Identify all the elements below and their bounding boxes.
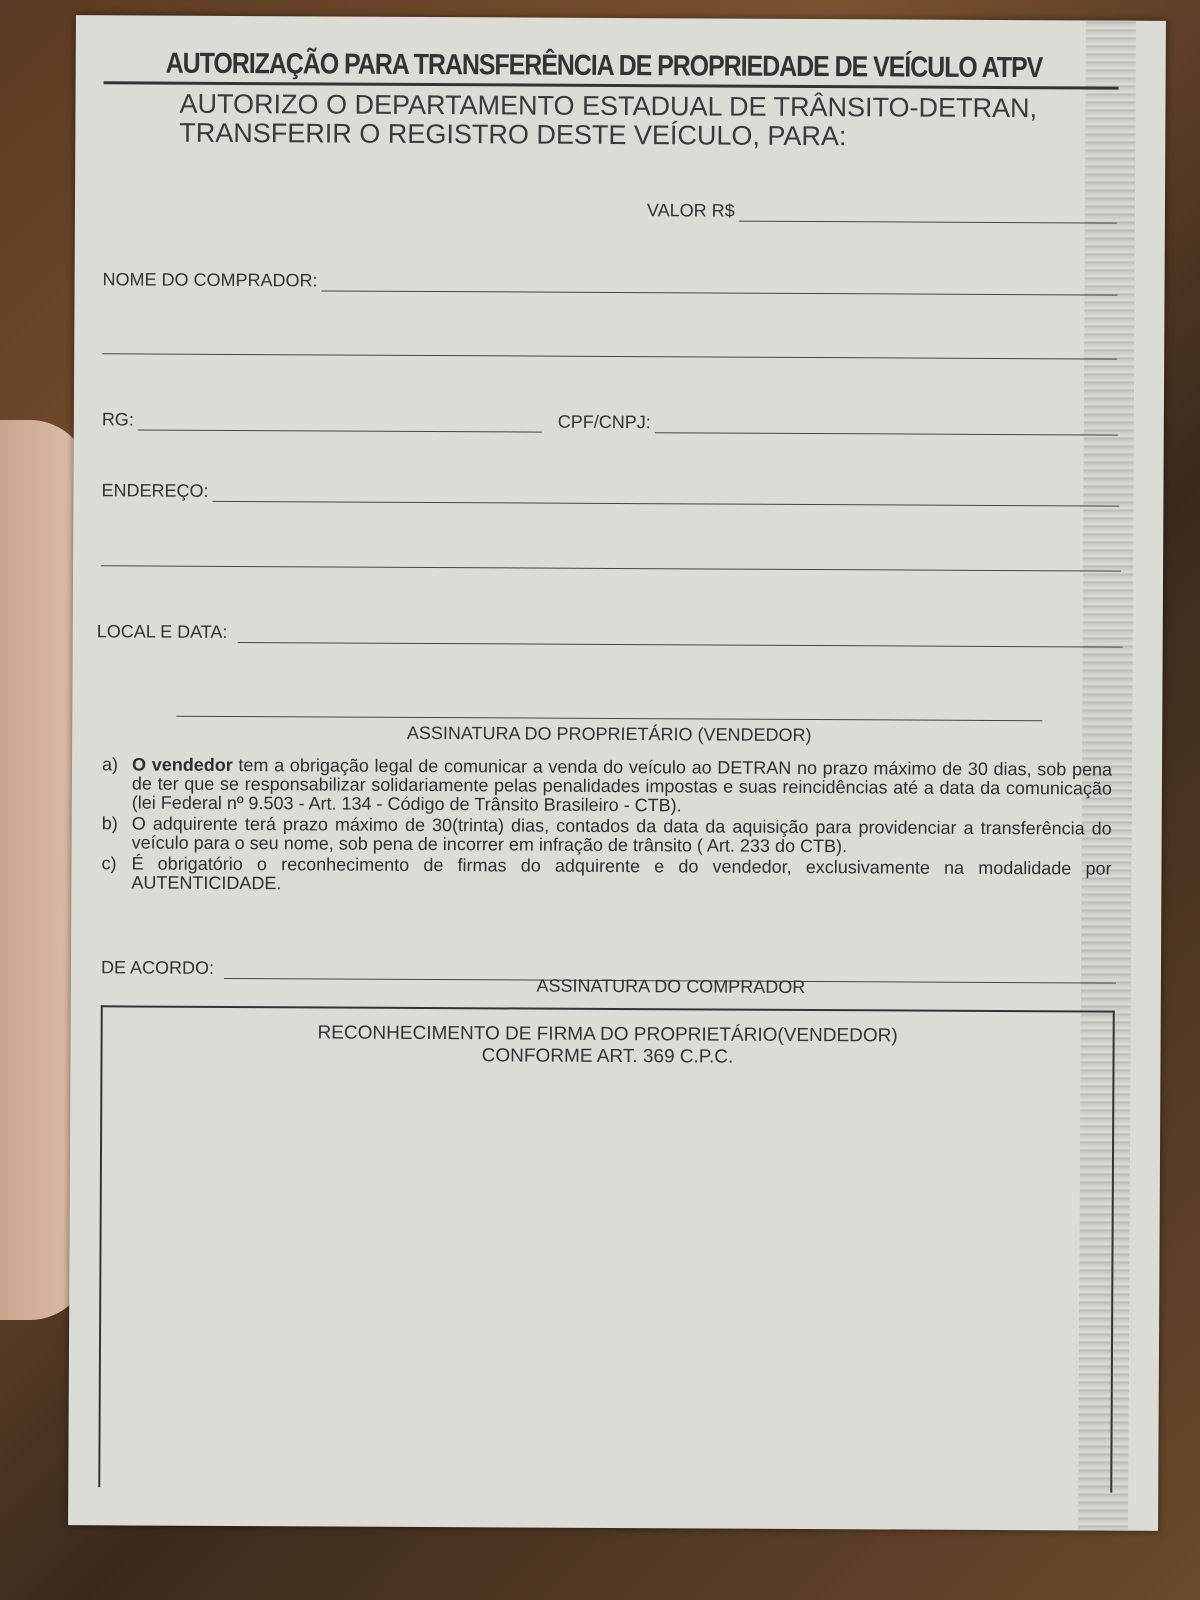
note-b: b) O adquirente terá prazo máximo de 30(… <box>102 814 1112 857</box>
comprador-field[interactable]: NOME DO COMPRADOR: <box>103 269 1118 295</box>
cpf-field[interactable]: CPF/CNPJ: <box>558 412 1118 436</box>
note-c: c) É obrigatório o reconhecimento de fir… <box>101 854 1111 897</box>
valor-field[interactable]: VALOR R$ <box>647 200 1117 223</box>
note-a: a) O vendedor tem a obrigação legal de c… <box>102 755 1112 817</box>
seller-signature-line[interactable] <box>176 716 1042 722</box>
notary-box: RECONHECIMENTO DE FIRMA DO PROPRIETÁRIO(… <box>98 1005 1115 1492</box>
rg-field[interactable]: RG: <box>102 409 542 432</box>
intro-text: AUTORIZO O DEPARTAMENTO ESTADUAL DE TRÂN… <box>179 90 1037 152</box>
seller-signature-caption: ASSINATURA DO PROPRIETÁRIO (VENDEDOR) <box>176 722 1042 748</box>
notary-box-title: RECONHECIMENTO DE FIRMA DO PROPRIETÁRIO(… <box>102 1021 1112 1070</box>
legal-notes: a) O vendedor tem a obrigação legal de c… <box>101 755 1112 899</box>
endereco-line-2[interactable] <box>101 565 1121 571</box>
endereco-field[interactable]: ENDEREÇO: <box>101 480 1119 506</box>
atpv-document: AUTORIZAÇÃO PARA TRANSFERÊNCIA DE PROPRI… <box>68 15 1166 1531</box>
local-data-field[interactable]: LOCAL E DATA: <box>97 621 1123 647</box>
document-title: AUTORIZAÇÃO PARA TRANSFERÊNCIA DE PROPRI… <box>166 48 1043 86</box>
comprador-line-2[interactable] <box>102 353 1117 359</box>
buyer-signature-caption: ASSINATURA DO COMPRADOR <box>371 975 971 999</box>
